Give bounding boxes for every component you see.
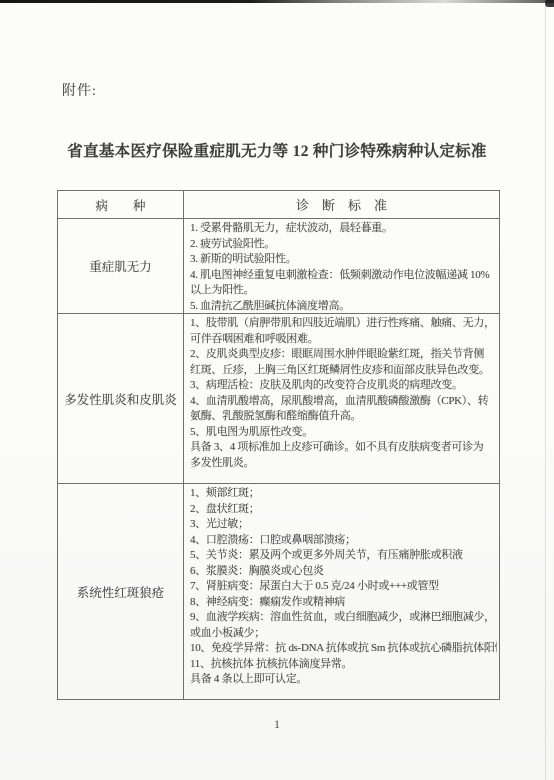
criteria-line: 1. 受累骨骼肌无力，症状波动，晨轻暮重。 <box>190 221 497 237</box>
attachment-label: 附件: <box>62 80 97 100</box>
criteria-line: 或血小板减少； <box>190 626 497 642</box>
disease-cell: 重症肌无力 <box>58 219 184 313</box>
criteria-line: 3. 新斯的明试验阳性。 <box>190 252 497 268</box>
criteria-line: 5、肌电图为肌原性改变。 <box>190 425 497 441</box>
table-body: 重症肌无力 1. 受累骨骼肌无力，症状波动，晨轻暮重。2. 疲劳试验阳性。3. … <box>58 219 499 700</box>
criteria-line: 具备 3、4 项标准加上皮疹可确诊。如不具有皮肤病变者可诊为 <box>190 440 497 456</box>
criteria-line: 7、肾脏病变：尿蛋白大于 0.5 克/24 小时或+++或管型 <box>190 579 497 595</box>
criteria-line: 5、关节炎：累及两个或更多外周关节，有压痛肿胀或积液 <box>190 548 497 564</box>
scan-artifact-right-line <box>545 0 546 780</box>
criteria-line: 6、浆膜炎：胸膜炎或心包炎 <box>190 564 497 580</box>
table-header-row: 病 种 诊 断 标 准 <box>58 191 499 219</box>
criteria-cell: 1、肢带肌（肩胛带肌和四肢近端肌）进行性疼痛、触痛、无力，可伴吞咽困难和呼吸困难… <box>184 314 499 483</box>
criteria-line: 1、颊部红斑； <box>190 486 497 502</box>
criteria-line: 3、光过敏； <box>190 517 497 533</box>
criteria-line: 8、神经病变：癫痫发作或精神病 <box>190 595 497 611</box>
criteria-line: 3、病理活检：皮肤及肌肉的改变符合皮肌炎的病理改变。 <box>190 378 497 394</box>
criteria-line: 多发性肌炎。 <box>190 456 497 472</box>
table-row: 多发性肌炎和皮肌炎 1、肢带肌（肩胛带肌和四肢近端肌）进行性疼痛、触痛、无力，可… <box>58 314 499 484</box>
criteria-table: 病 种 诊 断 标 准 重症肌无力 1. 受累骨骼肌无力，症状波动，晨轻暮重。2… <box>57 190 500 700</box>
column-header-criteria: 诊 断 标 准 <box>184 191 499 218</box>
criteria-line: 具备 4 条以上即可认定。 <box>190 672 497 688</box>
scan-artifact-top-band <box>0 0 554 3</box>
criteria-line: 2. 疲劳试验阳性。 <box>190 237 497 253</box>
disease-cell: 系统性红斑狼疮 <box>58 484 184 700</box>
scanned-document-page: 附件: 省直基本医疗保险重症肌无力等 12 种门诊特殊病种认定标准 病 种 诊 … <box>0 0 554 780</box>
column-header-disease: 病 种 <box>58 191 184 218</box>
criteria-line: 2、皮肌炎典型皮疹：眼眶周围水肿伴眼睑紫红斑，指关节背侧 <box>190 347 497 363</box>
document-title: 省直基本医疗保险重症肌无力等 12 种门诊特殊病种认定标准 <box>0 139 554 161</box>
table-row: 重症肌无力 1. 受累骨骼肌无力，症状波动，晨轻暮重。2. 疲劳试验阳性。3. … <box>58 219 499 314</box>
criteria-line: 以上为阳性。 <box>190 283 497 299</box>
criteria-line: 1、肢带肌（肩胛带肌和四肢近端肌）进行性疼痛、触痛、无力， <box>190 316 497 332</box>
criteria-cell: 1、颊部红斑；2、盘状红斑；3、光过敏；4、口腔溃疡：口腔或鼻咽部溃疡；5、关节… <box>184 484 499 700</box>
criteria-line: 可伴吞咽困难和呼吸困难。 <box>190 332 497 348</box>
criteria-cell: 1. 受累骨骼肌无力，症状波动，晨轻暮重。2. 疲劳试验阳性。3. 新斯的明试验… <box>184 219 499 313</box>
page-number: 1 <box>0 719 554 731</box>
criteria-line: 10、免疫学异常：抗 ds-DNA 抗体或抗 Sm 抗体或抗心磷脂抗体阳性； <box>190 641 497 657</box>
criteria-line: 4、血清肌酸增高，尿肌酸增高，血清肌酸磷酸激酶（CPK）、转 <box>190 394 497 410</box>
criteria-line: 红斑、丘疹，上胸三角区红斑鳞屑性皮疹和面部皮肤异色改变。 <box>190 363 497 379</box>
criteria-line: 9、血液学疾病：溶血性贫血，或白细胞减少，或淋巴细胞减少， <box>190 610 497 626</box>
criteria-line: 2、盘状红斑； <box>190 502 497 518</box>
criteria-line: 4. 肌电图神经重复电刺激检查：低频刺激动作电位波幅递减 10% <box>190 268 497 284</box>
criteria-line: 5. 血清抗乙酰胆碱抗体滴度增高。 <box>190 299 497 314</box>
scan-artifact-corner-mark <box>545 0 554 7</box>
criteria-line: 氨酶、乳酸脱氢酶和醛缩酶值升高。 <box>190 409 497 425</box>
disease-cell: 多发性肌炎和皮肌炎 <box>58 314 184 483</box>
criteria-line: 11、抗核抗体 抗核抗体滴度异常。 <box>190 657 497 673</box>
table-row: 系统性红斑狼疮 1、颊部红斑；2、盘状红斑；3、光过敏；4、口腔溃疡：口腔或鼻咽… <box>58 484 499 700</box>
criteria-line: 4、口腔溃疡：口腔或鼻咽部溃疡； <box>190 533 497 549</box>
